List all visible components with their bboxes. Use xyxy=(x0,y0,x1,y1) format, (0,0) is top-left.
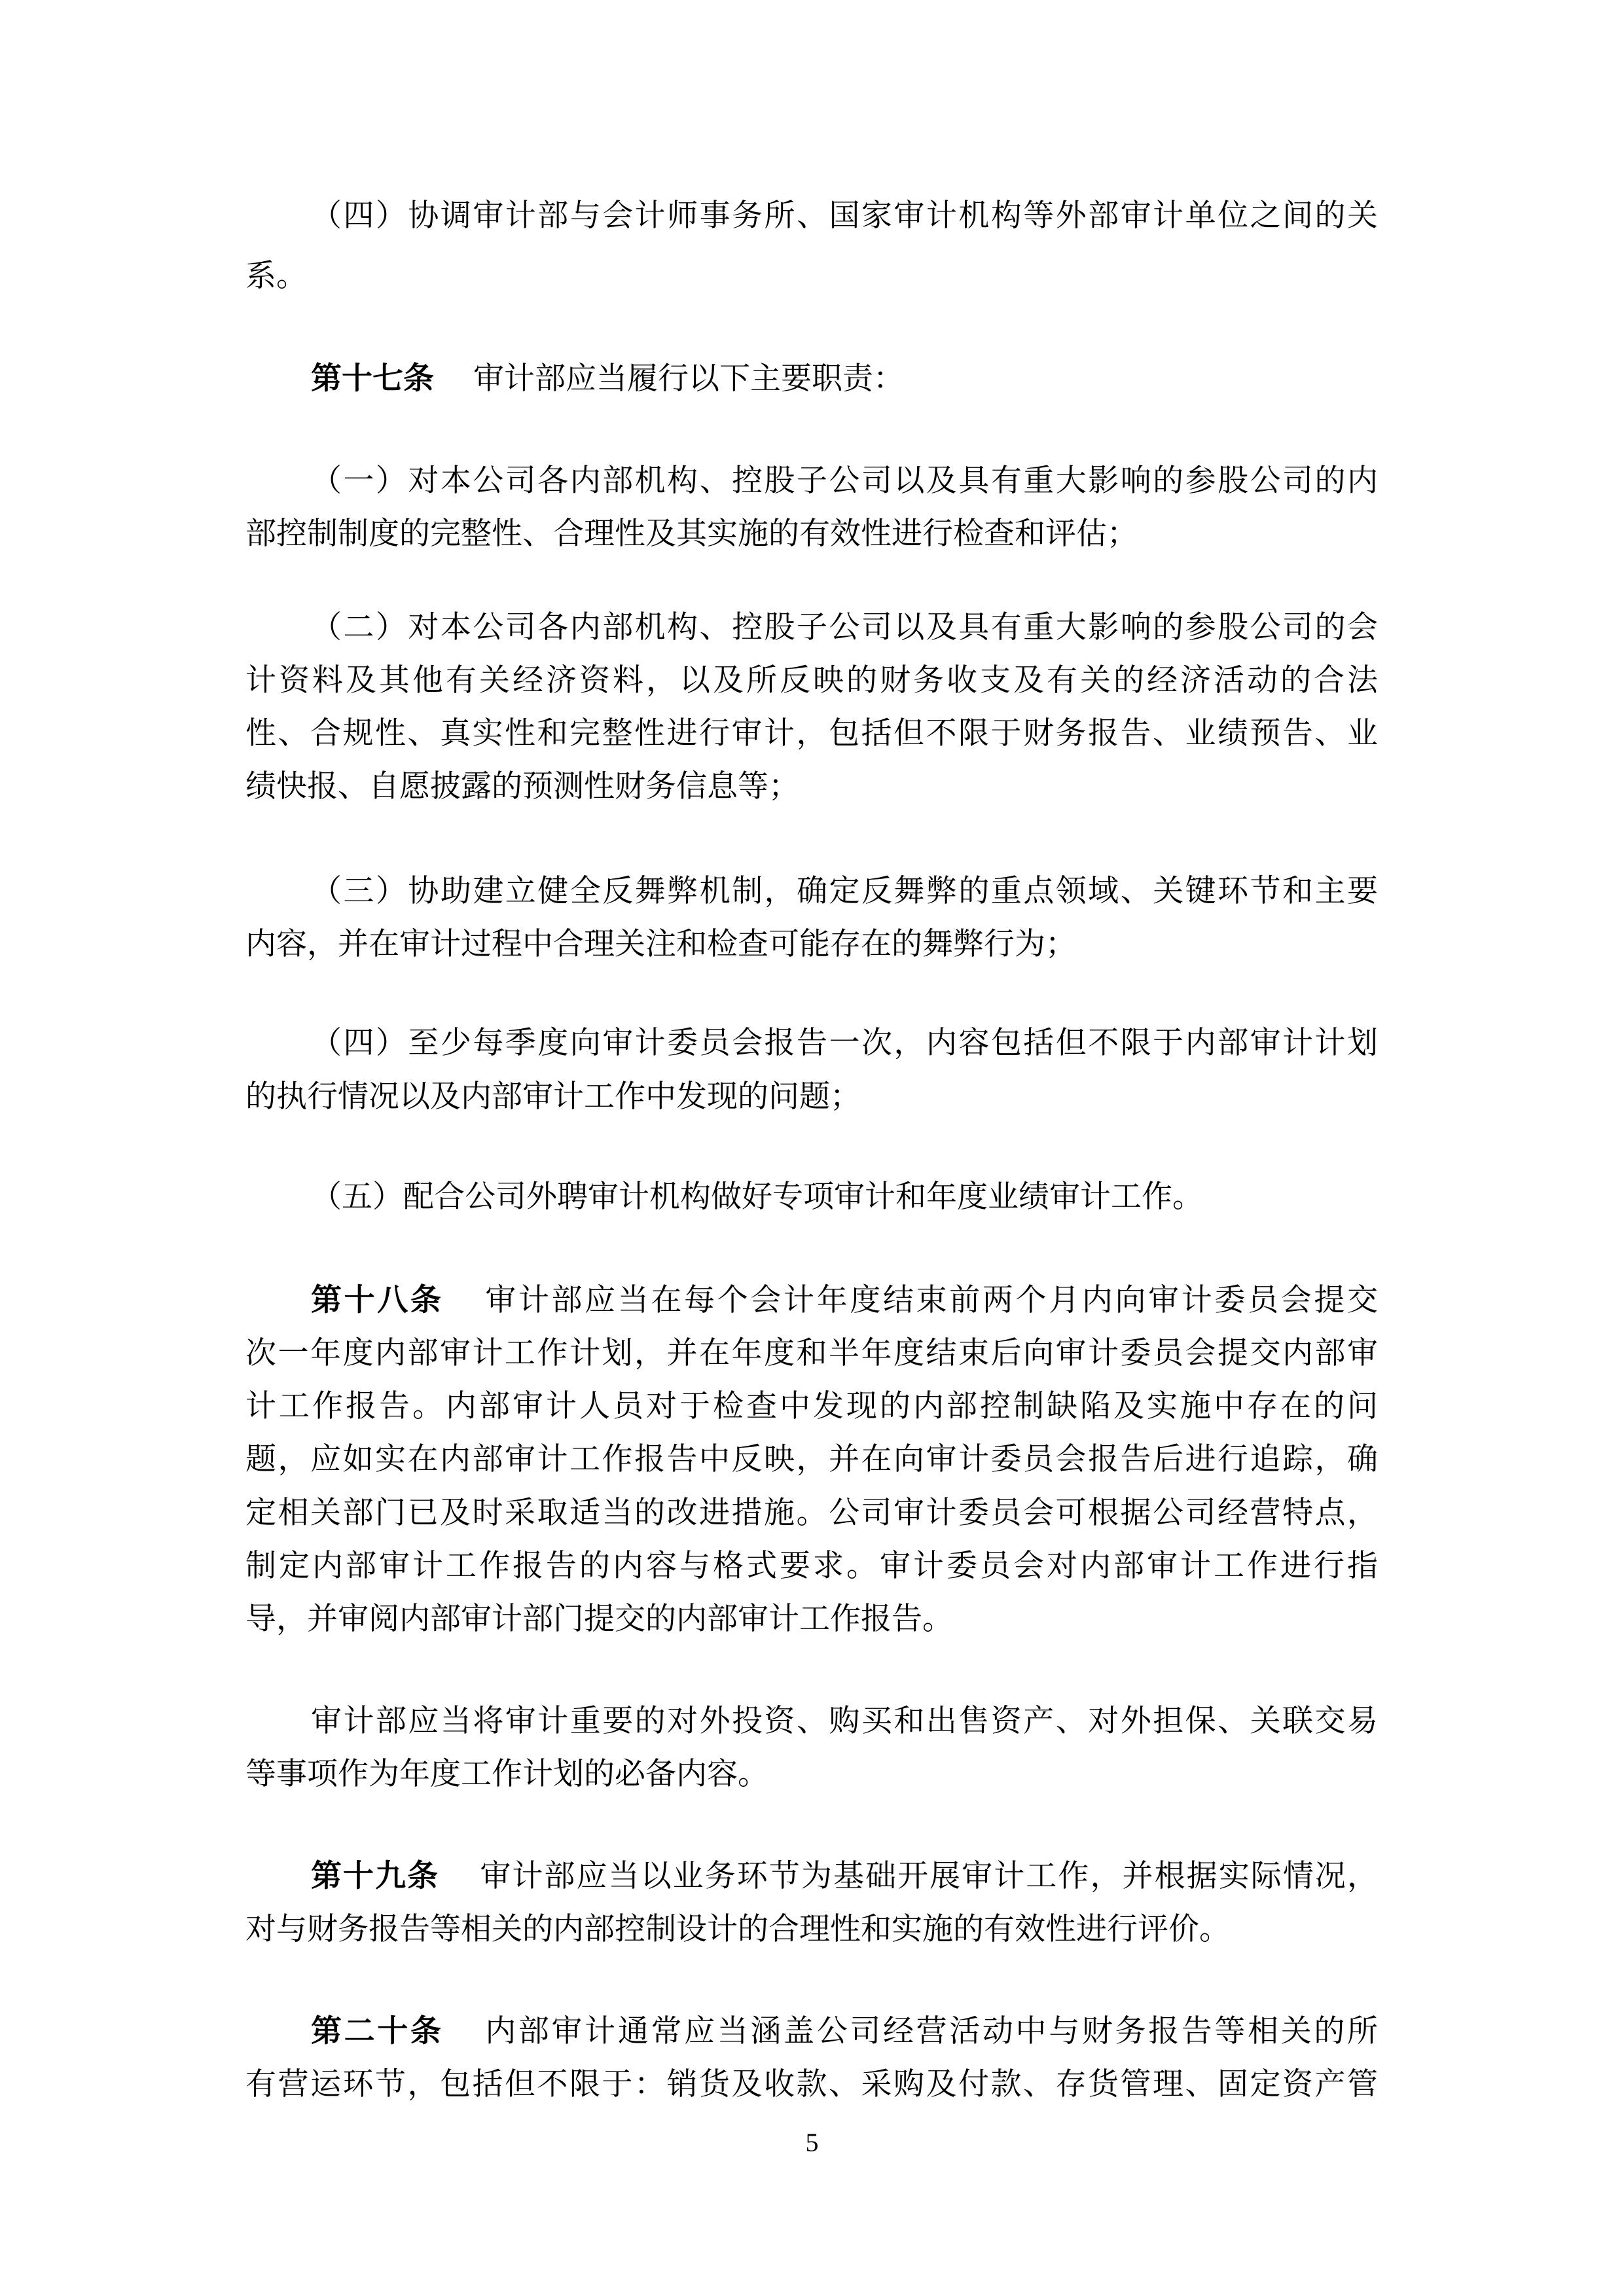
article-17-heading: 第十七条审计部应当履行以下主要职责： xyxy=(245,359,1378,399)
paragraph-line: 系。 xyxy=(245,257,1378,296)
paragraph-line: （三）协助建立健全反舞弊机制，确定反舞弊的重点领域、关键环节和主要 xyxy=(245,872,1378,911)
paragraph-line: 导，并审阅内部审计部门提交的内部审计工作报告。 xyxy=(245,1600,1378,1639)
article-label: 第十七条 xyxy=(311,361,434,397)
document-page: （四）协调审计部与会计师事务所、国家审计机构等外部审计单位之间的关 系。 第十七… xyxy=(0,0,1624,2296)
paragraph-line: （四）至少每季度向审计委员会报告一次，内容包括但不限于内部审计计划 xyxy=(245,1024,1378,1063)
paragraph-line: 的执行情况以及内部审计工作中发现的问题； xyxy=(245,1077,1378,1117)
page-number: 5 xyxy=(0,2127,1624,2158)
paragraph-line: 题，应如实在内部审计工作报告中反映，并在向审计委员会报告后进行追踪，确 xyxy=(245,1440,1378,1479)
paragraph-line: 部控制制度的完整性、合理性及其实施的有效性进行检查和评估； xyxy=(245,514,1378,554)
article-18-heading: 第十八条审计部应当在每个会计年度结束前两个月内向审计委员会提交 xyxy=(245,1281,1378,1320)
paragraph-line: 性、合规性、真实性和完整性进行审计，包括但不限于财务报告、业绩预告、业 xyxy=(245,714,1378,753)
paragraph-text: 审计部应当在每个会计年度结束前两个月内向审计委员会提交 xyxy=(483,1282,1378,1318)
article-label: 第二十条 xyxy=(311,2013,444,2049)
paragraph-line: 有营运环节，包括但不限于：销货及收款、采购及付款、存货管理、固定资产管 xyxy=(245,2065,1378,2104)
paragraph-line: （二）对本公司各内部机构、控股子公司以及具有重大影响的参股公司的会 xyxy=(245,608,1378,647)
paragraph-line: 次一年度内部审计工作计划，并在年度和半年度结束后向审计委员会提交内部审 xyxy=(245,1334,1378,1373)
article-19-heading: 第十九条审计部应当以业务环节为基础开展审计工作，并根据实际情况， xyxy=(245,1857,1378,1896)
paragraph-line: 内容，并在审计过程中合理关注和检查可能存在的舞弊行为； xyxy=(245,925,1378,964)
paragraph-line: 计资料及其他有关经济资料，以及所反映的财务收支及有关的经济活动的合法 xyxy=(245,661,1378,700)
paragraph-line: （五）配合公司外聘审计机构做好专项审计和年度业绩审计工作。 xyxy=(245,1177,1378,1217)
paragraph-text: 审计部应当履行以下主要职责： xyxy=(473,361,904,397)
paragraph-text: 审计部应当以业务环节为基础开展审计工作，并根据实际情况， xyxy=(478,1858,1378,1894)
article-label: 第十八条 xyxy=(311,1282,444,1318)
paragraph-line: 计工作报告。内部审计人员对于检查中发现的内部控制缺陷及实施中存在的问 xyxy=(245,1387,1378,1426)
paragraph-line: 审计部应当将审计重要的对外投资、购买和出售资产、对外担保、关联交易 xyxy=(245,1702,1378,1741)
paragraph-line: （四）协调审计部与会计师事务所、国家审计机构等外部审计单位之间的关 xyxy=(245,196,1378,236)
paragraph-line: 等事项作为年度工作计划的必备内容。 xyxy=(245,1755,1378,1794)
article-label: 第十九条 xyxy=(311,1858,439,1894)
paragraph-text: 内部审计通常应当涵盖公司经营活动中与财务报告等相关的所 xyxy=(483,2013,1378,2049)
paragraph-line: 对与财务报告等相关的内部控制设计的合理性和实施的有效性进行评价。 xyxy=(245,1910,1378,1949)
paragraph-line: （一）对本公司各内部机构、控股子公司以及具有重大影响的参股公司的内 xyxy=(245,461,1378,501)
paragraph-line: 制定内部审计工作报告的内容与格式要求。审计委员会对内部审计工作进行指 xyxy=(245,1547,1378,1586)
paragraph-line: 绩快报、自愿披露的预测性财务信息等； xyxy=(245,767,1378,806)
article-20-heading: 第二十条内部审计通常应当涵盖公司经营活动中与财务报告等相关的所 xyxy=(245,2012,1378,2051)
paragraph-line: 定相关部门已及时采取适当的改进措施。公司审计委员会可根据公司经营特点， xyxy=(245,1494,1378,1533)
